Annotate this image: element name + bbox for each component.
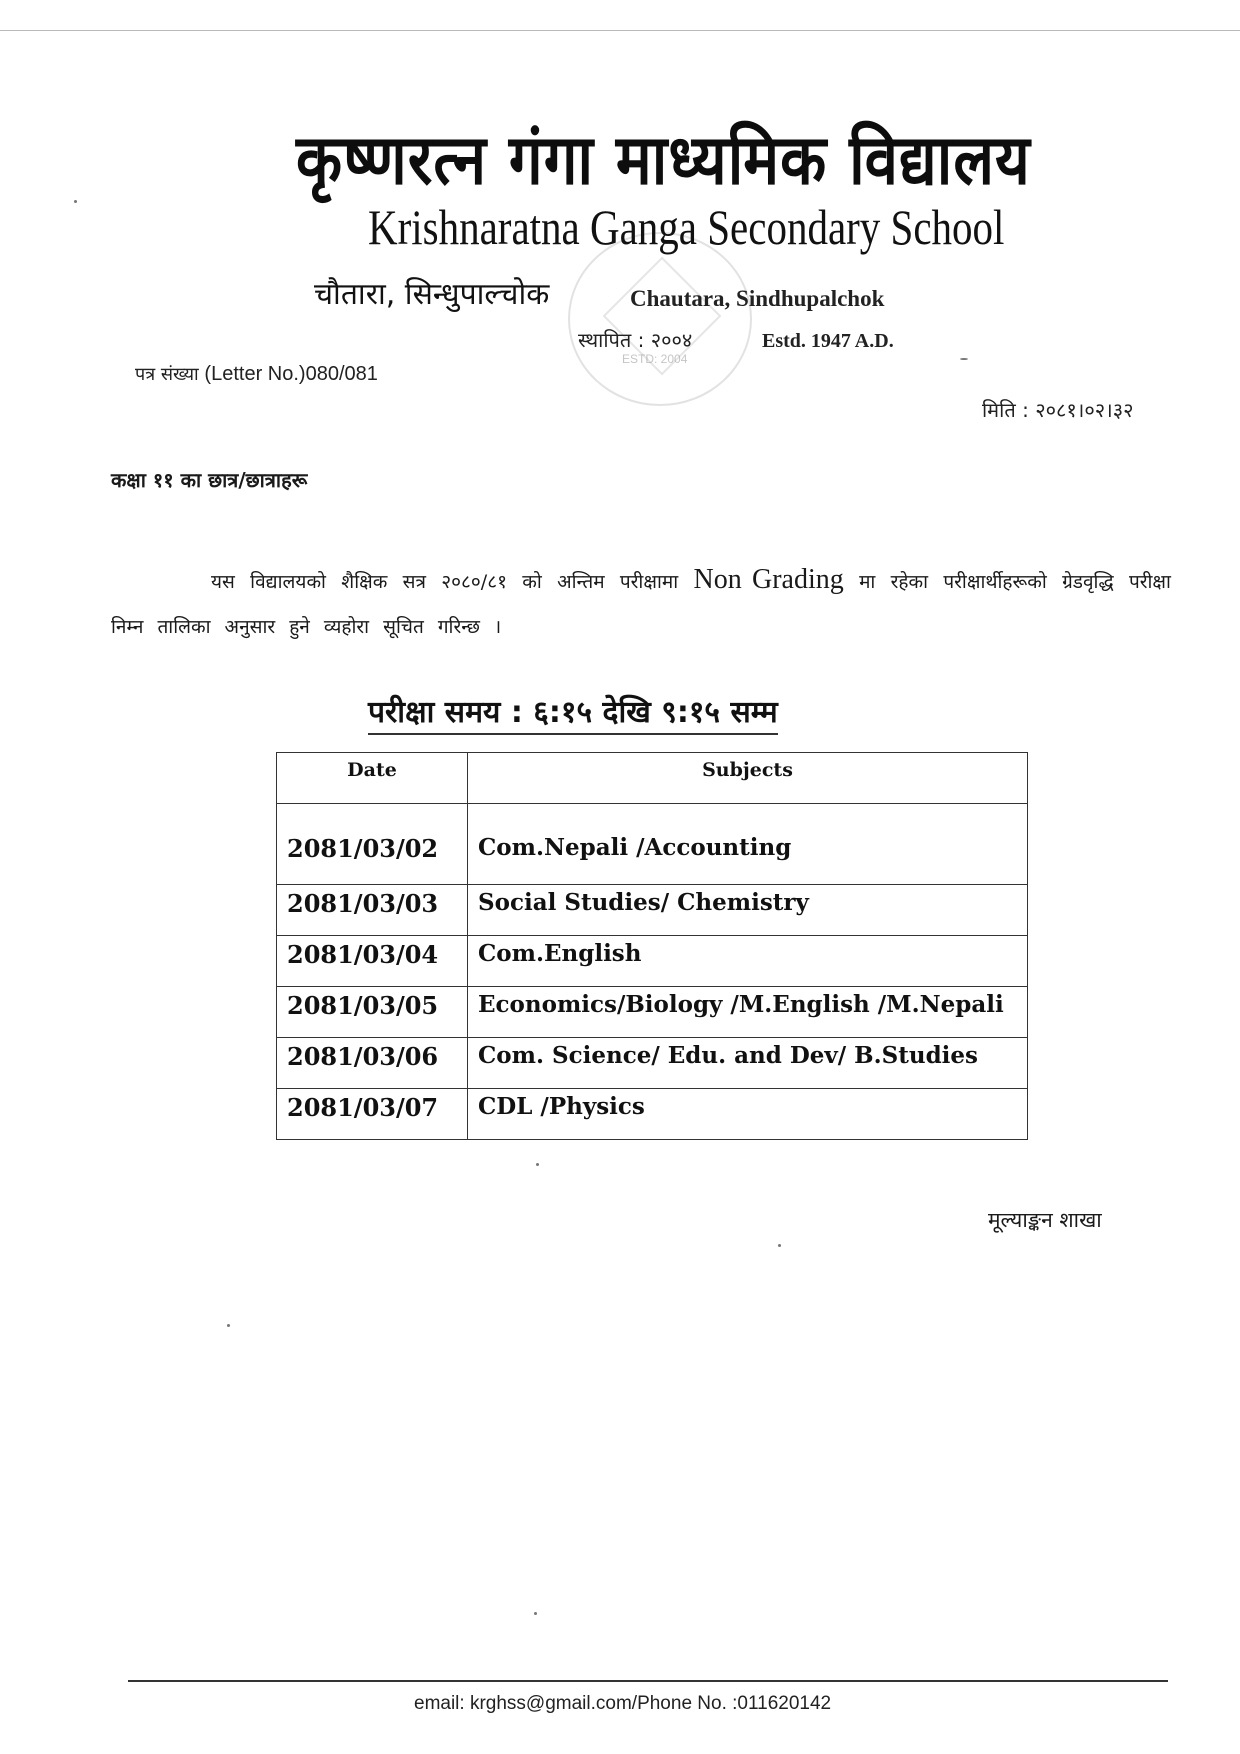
notice-body: यस विद्यालयको शैक्षिक सत्र २०८०/८१ को अन… bbox=[111, 557, 1171, 650]
letter-no-value: 080/081 bbox=[306, 363, 378, 385]
scan-speck bbox=[534, 1612, 537, 1615]
letter-no-label-np: पत्र संख्या bbox=[135, 364, 199, 385]
address-nepali: चौतारा, सिन्धुपाल्चोक bbox=[314, 272, 549, 313]
cell-subjects: Com. Science/ Edu. and Dev/ B.Studies bbox=[468, 1038, 1028, 1089]
table-header-row: Date Subjects bbox=[277, 753, 1028, 804]
exam-time-heading: परीक्षा समय : ६:१५ देखि ९:१५ सम्म bbox=[368, 690, 778, 735]
column-header-subjects: Subjects bbox=[468, 753, 1028, 804]
table-row: 2081/03/04 Com.English bbox=[277, 936, 1028, 987]
column-header-date: Date bbox=[277, 753, 468, 804]
cell-date: 2081/03/07 bbox=[277, 1089, 468, 1140]
scan-speck bbox=[778, 1244, 781, 1247]
table-row: 2081/03/03 Social Studies/ Chemistry bbox=[277, 885, 1028, 936]
table-row: 2081/03/07 CDL /Physics bbox=[277, 1089, 1028, 1140]
cell-subjects: Social Studies/ Chemistry bbox=[468, 885, 1028, 936]
cell-date: 2081/03/05 bbox=[277, 987, 468, 1038]
cell-date: 2081/03/02 bbox=[277, 804, 468, 885]
established-nepali: स्थापित : २००४ bbox=[578, 326, 692, 353]
address-english: Chautara, Sindhupalchok bbox=[630, 286, 884, 312]
letter-date: मिति : २०८१।०२।३२ bbox=[982, 396, 1134, 423]
body-text-part1: यस विद्यालयको शैक्षिक सत्र २०८०/८१ को अन… bbox=[211, 571, 678, 593]
cell-date: 2081/03/06 bbox=[277, 1038, 468, 1089]
scan-speck bbox=[74, 200, 77, 203]
cell-subjects: Com.English bbox=[468, 936, 1028, 987]
cell-subjects: Economics/Biology /M.English /M.Nepali bbox=[468, 987, 1028, 1038]
scan-speck bbox=[227, 1324, 230, 1327]
footer-divider bbox=[128, 1680, 1168, 1682]
table-row: 2081/03/02 Com.Nepali /Accounting bbox=[277, 804, 1028, 885]
footer-contact: email: krghss@gmail.com/Phone No. :01162… bbox=[414, 1693, 831, 1715]
cell-subjects: CDL /Physics bbox=[468, 1089, 1028, 1140]
recipient: कक्षा ११ का छात्र/छात्राहरू bbox=[111, 466, 307, 493]
scan-edge-line bbox=[0, 30, 1240, 31]
scan-speck bbox=[536, 1163, 539, 1166]
date-label: मिति : bbox=[982, 398, 1029, 422]
stamp-text: ESTD: 2004 bbox=[622, 352, 687, 366]
school-stamp: ESTD: 2004 bbox=[568, 232, 752, 406]
date-value: २०८१।०२।३२ bbox=[1035, 398, 1133, 422]
letter-no-label-en: (Letter No.) bbox=[204, 363, 305, 385]
established-english: Estd. 1947 A.D. bbox=[762, 330, 894, 353]
cell-date: 2081/03/04 bbox=[277, 936, 468, 987]
cell-date: 2081/03/03 bbox=[277, 885, 468, 936]
school-name-english: Krishnaratna Ganga Secondary School bbox=[368, 198, 1004, 256]
exam-schedule-table: Date Subjects 2081/03/02 Com.Nepali /Acc… bbox=[276, 752, 1028, 1140]
cell-subjects: Com.Nepali /Accounting bbox=[468, 804, 1028, 885]
letter-number: पत्र संख्या (Letter No.)080/081 bbox=[135, 362, 378, 386]
school-name-nepali: कृष्णरत्न गंगा माध्यमिक विद्यालय bbox=[296, 110, 1096, 204]
issuing-section: मूल्याङ्कन शाखा bbox=[988, 1206, 1102, 1234]
body-emphasis: Non Grading bbox=[694, 564, 844, 595]
table-row: 2081/03/05 Economics/Biology /M.English … bbox=[277, 987, 1028, 1038]
scan-speck bbox=[960, 358, 968, 360]
table-row: 2081/03/06 Com. Science/ Edu. and Dev/ B… bbox=[277, 1038, 1028, 1089]
